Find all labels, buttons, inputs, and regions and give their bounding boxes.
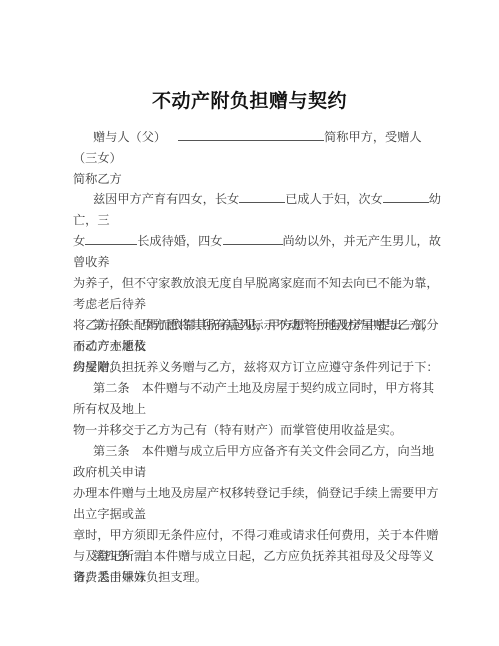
preamble-line-1: 兹因甲方产育有四女，长女已成人于妇，次女幼亡，三	[73, 189, 443, 231]
article-1: 第一条甲方愿将其所有后列标示不动产土地及房屋赠与乙方，而乙方亦愿依 约受赠。	[73, 315, 443, 378]
fourth-daughter-blank[interactable]	[223, 232, 283, 245]
preamble-text: 已成人于妇，次女	[285, 192, 383, 206]
donor-line: 赠与人（父）简称甲方，受赠人（三女）	[73, 127, 443, 169]
article-label: 第三条	[93, 441, 130, 462]
preamble-text: 女	[73, 234, 85, 248]
donee-line: 简称乙方	[73, 169, 443, 190]
article-label: 第二条	[93, 378, 130, 399]
article-label: 第一条	[93, 315, 130, 336]
eldest-daughter-blank[interactable]	[239, 190, 285, 203]
donor-label: 赠与人（父）	[93, 130, 166, 144]
second-daughter-blank[interactable]	[383, 190, 429, 203]
article-4: 第四条自本件赠与成立日起，乙方应负抚养其祖母及父母等义务，关于妹妹	[73, 546, 443, 588]
preamble-line-2: 女长成待婚，四女尚幼以外，并无产生男儿，故曾收养	[73, 231, 443, 273]
preamble-line-3: 为养子，但不守家教放浪无度自早脱离家庭而不知去向已不能为靠，考虑老后待养	[73, 273, 443, 315]
article-text: 办理本件赠与土地及房屋产权移转登记手续，倘登记手续上需要甲方出立字据或盖	[73, 483, 443, 525]
article-label: 第四条	[93, 546, 130, 567]
article-text: 物一并移交于乙方为己有（特有财产）而掌管使用收益是实。	[73, 420, 443, 441]
parties-section: 赠与人（父）简称甲方，受赠人（三女） 简称乙方	[73, 127, 443, 190]
article-2: 第二条本件赠与不动产土地及房屋于契约成立同时，甲方将其所有权及地上 物一并移交于…	[73, 378, 443, 441]
preamble-text: 兹因甲方产育有四女，长女	[93, 192, 239, 206]
article-text: 约受赠。	[73, 357, 443, 378]
document-page: 不动产附负担赠与契约 赠与人（父）简称甲方，受赠人（三女） 简称乙方 兹因甲方产…	[0, 0, 499, 646]
preamble-text: 长成待婚，四女	[137, 234, 222, 248]
document-title: 不动产附负担赠与契约	[0, 86, 499, 113]
third-daughter-blank[interactable]	[85, 232, 137, 245]
donor-name-blank[interactable]	[178, 128, 324, 141]
